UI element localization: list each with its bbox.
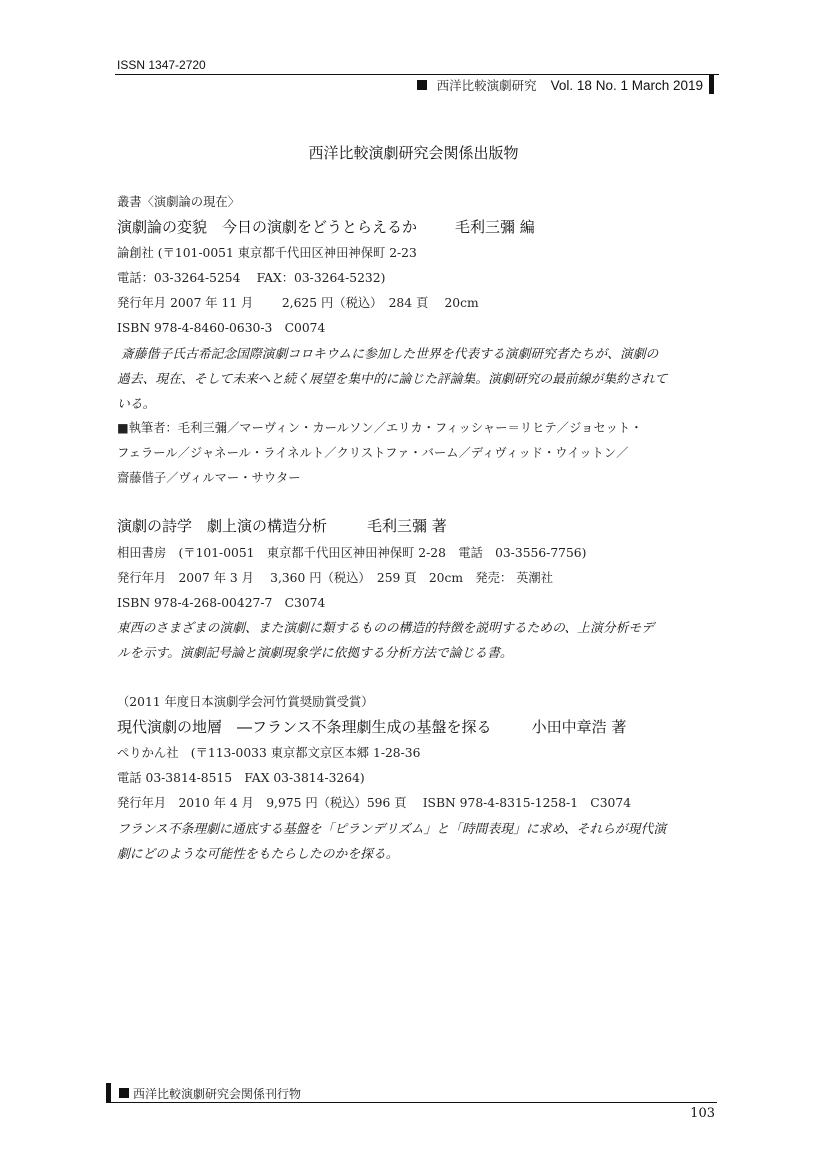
book-publisher: 相田書房 (〒101-0051 東京都千代田区神田神保町 2-28 電話 03-… (117, 543, 586, 561)
book-publisher: ぺりかん社 (〒113-0033 東京都文京区本郷 1-28-36 (117, 743, 420, 761)
volume-info: Vol. 18 No. 1 March 2019 (551, 78, 703, 93)
book-isbn: ISBN 978-4-8460-0630-3 C0074 (117, 318, 325, 336)
book-description-line: 劇にどのような可能性をもたらしたのかを探る。 (117, 843, 399, 862)
footer-rule (111, 1102, 717, 1103)
book-contributors-line: ■執筆者：毛利三彌／マーヴィン・カールソン／エリカ・フィッシャー＝リヒテ／ジョセ… (117, 418, 643, 436)
book-series: 叢書〈演劇論の現在〉 (117, 192, 240, 210)
book-pubinfo: 発行年月 2010 年 4 月 9,975 円（税込）596 頁 ISBN 97… (117, 793, 631, 811)
book-description-line: 過去、現在、そして未来へと続く展望を集中的に論じた評論集。演劇研究の最前線が集約… (117, 368, 667, 387)
running-header: 西洋比較演劇研究 Vol. 18 No. 1 March 2019 (417, 74, 714, 94)
square-bullet-icon (417, 80, 427, 90)
book-author: 小田中章浩 著 (532, 718, 627, 736)
book-pubinfo: 発行年月 2007 年 3 月 3,360 円（税込） 259 頁 20cm 発… (117, 568, 553, 586)
book-pubinfo: 発行年月 2007 年 11 月 2,625 円（税込） 284 頁 20cm (117, 293, 479, 311)
book-title-text: 演劇の詩学 劇上演の構造分析 (117, 517, 327, 535)
footer-label: 西洋比較演劇研究会関係刊行物 (133, 1085, 301, 1102)
book-description-line: 東西のさまざまの演劇、また演劇に類するものの構造的特徴を説明するための、上演分析… (117, 617, 654, 636)
book-title-text: 演劇論の変貌 今日の演劇をどうとらえるか (117, 218, 417, 236)
book-description-line: いる。 (117, 393, 155, 412)
journal-name: 西洋比較演劇研究 (437, 76, 537, 94)
book-title: 現代演劇の地層 ―フランス不条理劇生成の基盤を探る小田中章浩 著 (117, 716, 626, 737)
book-description-line: 斎藤偕子氏古希記念国際演劇コロキウムに参加した世界を代表する演劇研究者たちが、演… (121, 343, 658, 362)
page-number: 103 (690, 1106, 715, 1121)
issn: ISSN 1347-2720 (117, 58, 206, 72)
book-publisher: 論創社 (〒101-0051 東京都千代田区神田神保町 2-23 (117, 243, 417, 261)
book-description-line: ルを示す。演劇記号論と演劇現象学に依拠する分析方法で論じる書。 (117, 642, 513, 661)
book-title: 演劇の詩学 劇上演の構造分析毛利三彌 著 (117, 515, 447, 536)
book-title-text: 現代演劇の地層 ―フランス不条理劇生成の基盤を探る (117, 718, 492, 736)
book-phone: 電話 03-3814-8515 FAX 03-3814-3264) (117, 768, 365, 786)
book-author: 毛利三彌 編 (455, 218, 535, 236)
square-bullet-icon (119, 1088, 129, 1098)
book-award: （2011 年度日本演劇学会河竹賞奨励賞受賞） (117, 692, 374, 710)
book-isbn: ISBN 978-4-268-00427-7 C3074 (117, 593, 325, 611)
running-footer: 西洋比較演劇研究会関係刊行物 (106, 1083, 301, 1103)
book-phone: 電話：03-3264-5254 FAX：03-3264-5232) (117, 268, 385, 286)
book-author: 毛利三彌 著 (367, 517, 447, 535)
book-contributors-line: 齋藤偕子／ヴィルマー・サウター (117, 468, 301, 486)
book-title: 演劇論の変貌 今日の演劇をどうとらえるか毛利三彌 編 (117, 216, 535, 237)
page-title: 西洋比較演劇研究会関係出版物 (0, 142, 827, 163)
book-contributors-line: フェラール／ジャネール・ライネルト／クリストファ・バーム／ディヴィッド・ウイット… (117, 443, 628, 461)
book-description-line: フランス不条理劇に通底する基盤を「ピランデリズム」と「時間表現」に求め、それらが… (117, 818, 666, 837)
